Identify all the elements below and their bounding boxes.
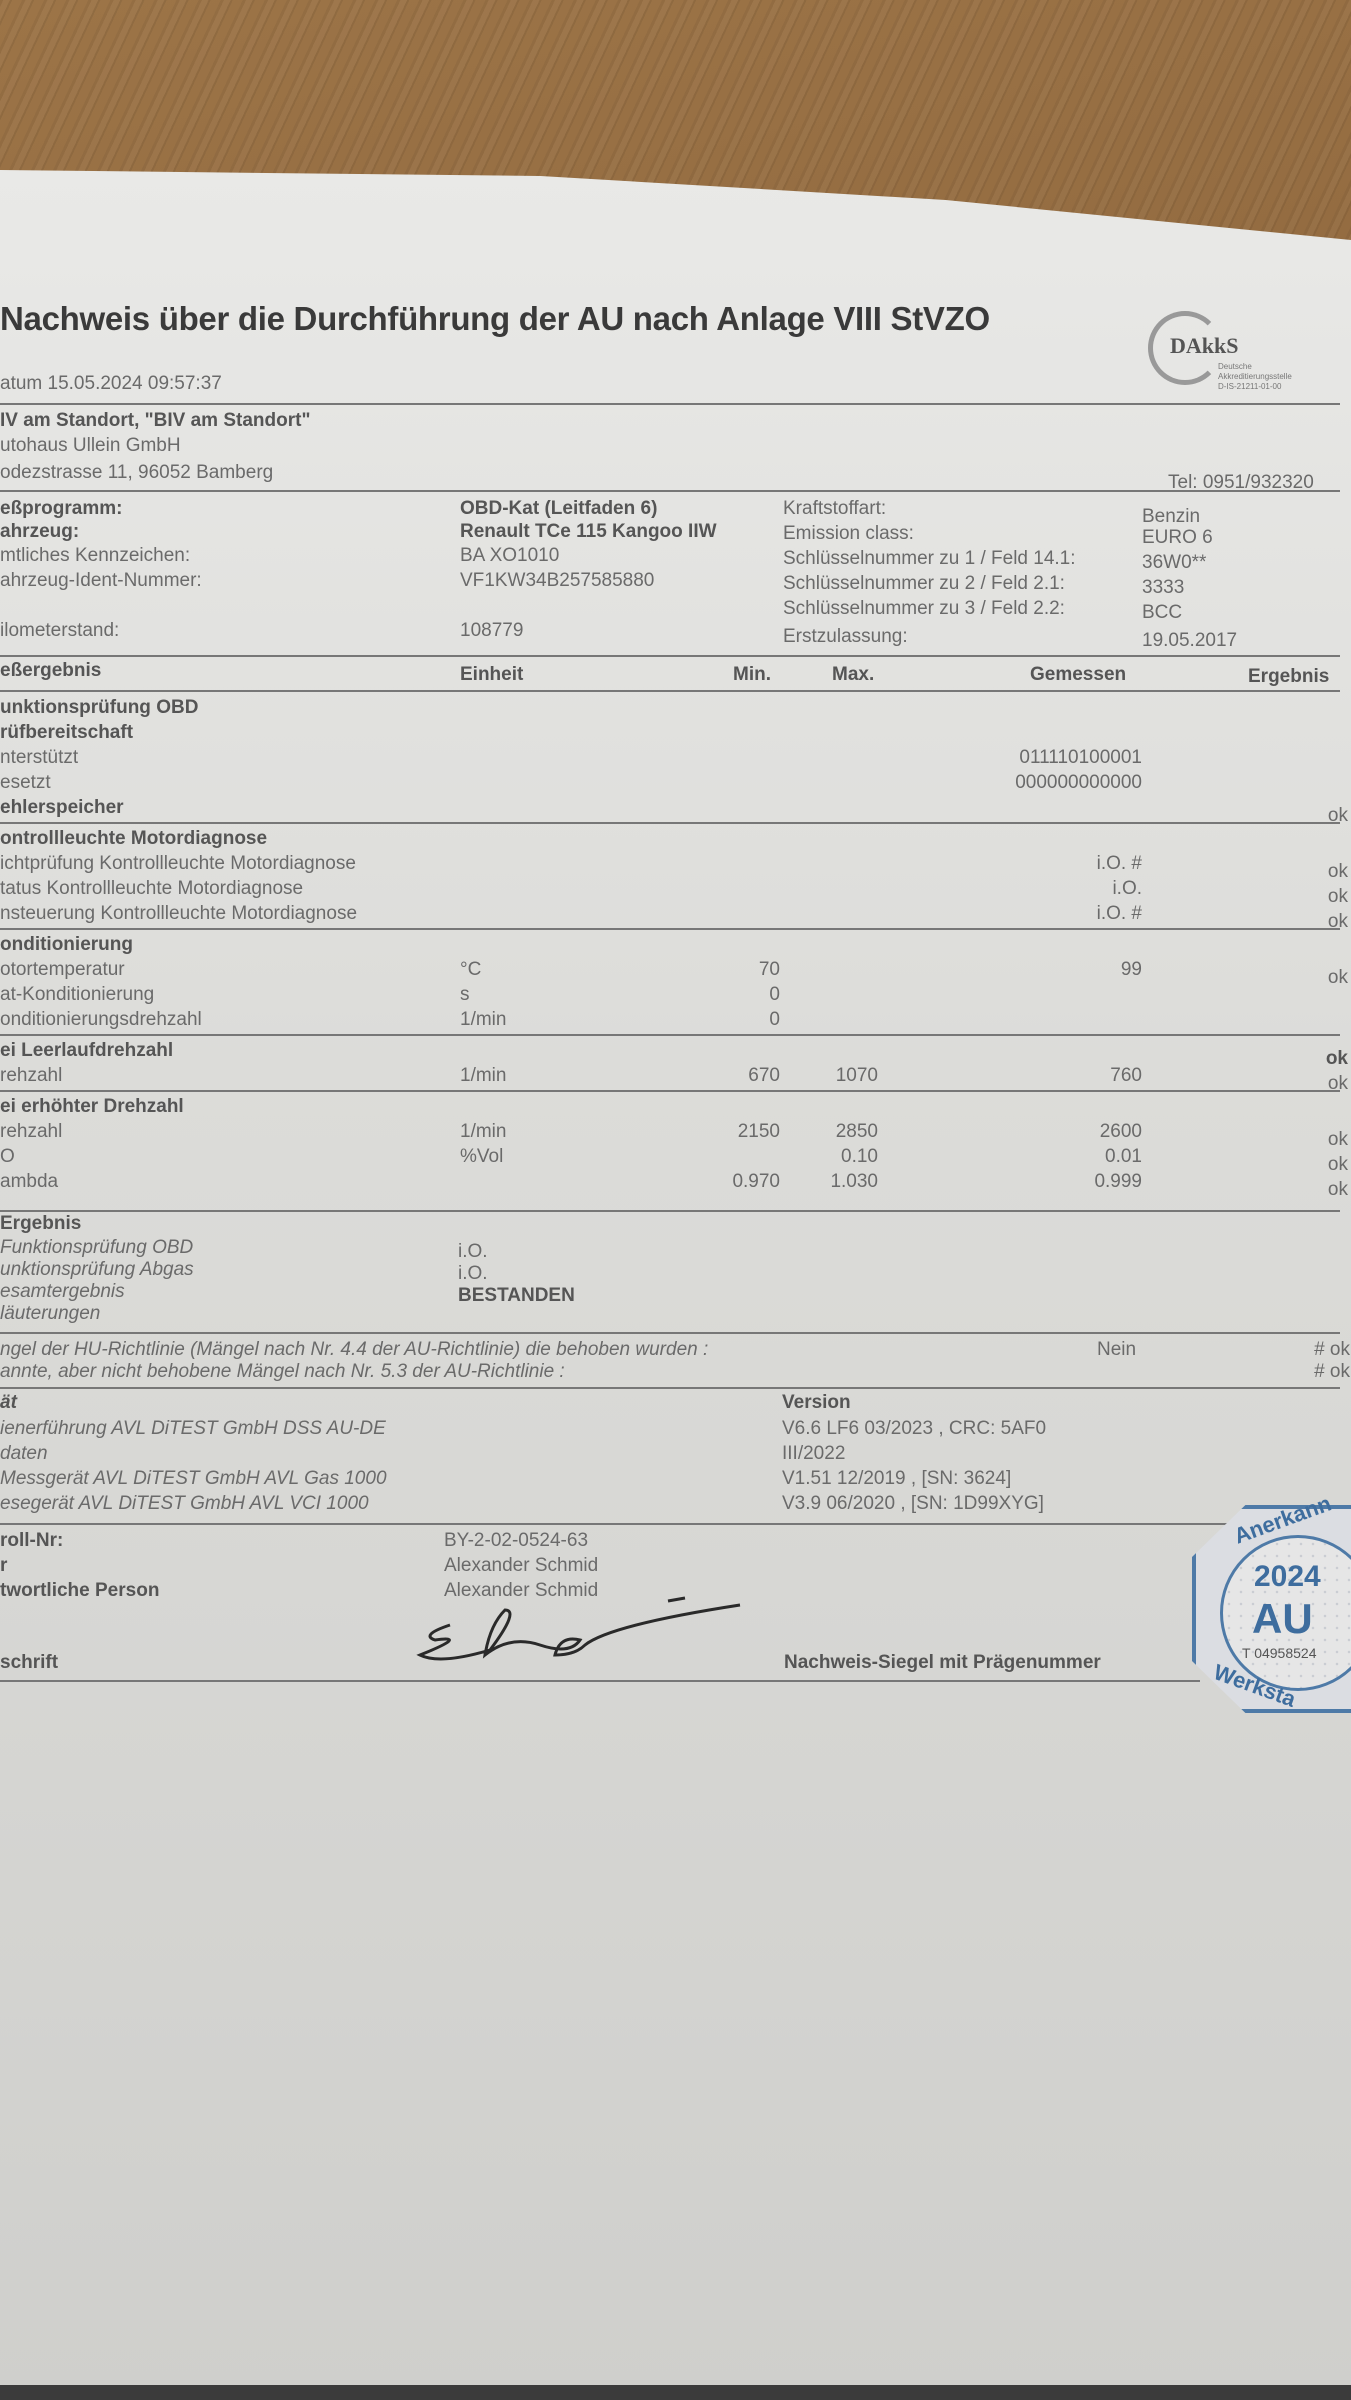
device-name: ienerführung AVL DiTEST GmbH DSS AU-DE	[0, 1418, 386, 1440]
device-name: esegerät AVL DiTEST GmbH AVL VCI 1000	[0, 1493, 369, 1515]
col-measured: Gemessen	[1030, 664, 1126, 686]
result-row-measured: 2600	[960, 1121, 1142, 1143]
result-row-max: 1070	[770, 1065, 878, 1087]
vehicle-field-label: Schlüsselnummer zu 3 / Feld 2.2:	[783, 598, 1065, 620]
signoff-value: BY-2-02-0524-63	[444, 1530, 588, 1552]
workshop-company: utohaus Ullein GmbH	[0, 435, 181, 457]
test-date: atum 15.05.2024 09:57:37	[0, 373, 222, 395]
result-row-name: ei Leerlaufdrehzahl	[0, 1040, 173, 1062]
result-row-name: esetzt	[0, 772, 51, 794]
result-row-min: 70	[680, 959, 780, 981]
result-row-name: rüfbereitschaft	[0, 722, 133, 744]
signature-label: schrift	[0, 1652, 58, 1674]
devices-heading: ät	[0, 1392, 17, 1414]
defect-value: Nein	[1097, 1339, 1136, 1361]
vehicle-field-label: ahrzeug:	[0, 521, 79, 543]
signoff-label: twortliche Person	[0, 1580, 159, 1602]
vehicle-field-value: 108779	[460, 620, 523, 642]
result-row-unit: 1/min	[460, 1121, 506, 1143]
device-version: V1.51 12/2019 , [SN: 3624]	[782, 1468, 1011, 1490]
signature-icon	[410, 1595, 750, 1675]
vehicle-field-value: VF1KW34B257585880	[460, 570, 654, 592]
divider	[0, 928, 1340, 930]
result-row-name: onditionierung	[0, 934, 133, 956]
result-row-unit: %Vol	[460, 1146, 503, 1168]
vehicle-field-label: Schlüsselnummer zu 2 / Feld 2.1:	[783, 573, 1065, 595]
au-seal-stamp: Anerkann 2024 AU T 04958524 Werksta	[1192, 1505, 1351, 1715]
result-row-name: O	[0, 1146, 15, 1168]
vehicle-field-value: Benzin	[1142, 506, 1200, 528]
document-paper	[0, 170, 1351, 2400]
result-row-unit: s	[460, 984, 470, 1006]
vehicle-field-label: eßprogramm:	[0, 498, 122, 520]
summary-label: esamtergebnis	[0, 1281, 125, 1303]
divider	[0, 490, 1340, 492]
summary-label: läuterungen	[0, 1303, 100, 1325]
divider	[0, 1332, 1340, 1334]
result-row-name: nterstützt	[0, 747, 78, 769]
result-row-name: unktionsprüfung OBD	[0, 697, 198, 719]
seal-year: 2024	[1254, 1560, 1321, 1594]
result-row-name: ontrollleuchte Motordiagnose	[0, 828, 267, 850]
dakks-logo-subtext: DeutscheAkkreditierungsstelleD-IS-21211-…	[1218, 362, 1292, 392]
divider	[0, 1090, 1340, 1092]
device-version: V3.9 06/2020 , [SN: 1D99XYG]	[782, 1493, 1044, 1515]
result-row-measured: 011110100001	[960, 747, 1142, 769]
document-title: Nachweis über die Durchführung der AU na…	[0, 300, 990, 338]
version-heading: Version	[782, 1392, 851, 1414]
divider	[0, 655, 1340, 657]
result-row-measured: i.O. #	[960, 903, 1142, 925]
vehicle-field-label: mtliches Kennzeichen:	[0, 545, 190, 567]
defect-result: # ok	[1260, 1361, 1350, 1383]
seal-label: Nachweis-Siegel mit Prägenummer	[784, 1652, 1101, 1674]
result-row-measured: i.O.	[960, 878, 1142, 900]
result-row-status: ok	[1270, 1048, 1348, 1070]
device-version: III/2022	[782, 1443, 845, 1465]
device-version: V6.6 LF6 03/2023 , CRC: 5AF0	[782, 1418, 1046, 1440]
dakks-logo: DAkkS DeutscheAkkreditierungsstelleD-IS-…	[1140, 305, 1340, 405]
result-row-measured: 000000000000	[960, 772, 1142, 794]
divider	[0, 822, 1340, 824]
result-row-unit: 1/min	[460, 1009, 506, 1031]
result-row-measured: 0.999	[960, 1171, 1142, 1193]
divider	[0, 403, 1340, 405]
result-row-unit: 1/min	[460, 1065, 506, 1087]
summary-label: unktionsprüfung Abgas	[0, 1259, 194, 1281]
dakks-logo-name: DAkkS	[1170, 333, 1238, 359]
device-name: Messgerät AVL DiTEST GmbH AVL Gas 1000	[0, 1468, 387, 1490]
result-row-name: tatus Kontrollleuchte Motordiagnose	[0, 878, 303, 900]
result-row-status: ok	[1270, 886, 1348, 908]
vehicle-field-label: Emission class:	[783, 523, 914, 545]
signoff-value: Alexander Schmid	[444, 1555, 598, 1577]
vehicle-field-value: EURO 6	[1142, 527, 1213, 549]
vehicle-field-label: ahrzeug-Ident-Nummer:	[0, 570, 202, 592]
result-row-status: ok	[1270, 1179, 1348, 1201]
summary-value: i.O.	[458, 1263, 488, 1285]
result-row-status: ok	[1270, 967, 1348, 989]
result-row-name: ehlerspeicher	[0, 797, 124, 819]
workshop-address: odezstrasse 11, 96052 Bamberg	[0, 462, 273, 484]
col-name: eßergebnis	[0, 660, 101, 682]
vehicle-field-label: ilometerstand:	[0, 620, 119, 642]
col-unit: Einheit	[460, 664, 523, 686]
bottom-edge	[0, 2385, 1351, 2400]
result-row-min: 670	[680, 1065, 780, 1087]
result-row-name: at-Konditionierung	[0, 984, 154, 1006]
divider	[0, 1034, 1340, 1036]
result-row-unit: °C	[460, 959, 481, 981]
result-row-max: 1.030	[770, 1171, 878, 1193]
divider	[0, 1523, 1340, 1525]
vehicle-field-label: Erstzulassung:	[783, 626, 908, 648]
vehicle-field-label: Kraftstoffart:	[783, 498, 886, 520]
result-row-name: rehzahl	[0, 1065, 62, 1087]
result-row-max: 2850	[770, 1121, 878, 1143]
result-row-min: 2150	[680, 1121, 780, 1143]
seal-number: T 04958524	[1242, 1645, 1316, 1661]
result-row-name: onditionierungsdrehzahl	[0, 1009, 202, 1031]
divider	[0, 1210, 1340, 1212]
result-row-min: 0	[680, 1009, 780, 1031]
divider	[0, 1680, 1200, 1682]
result-row-name: otortemperatur	[0, 959, 125, 981]
result-row-status: ok	[1270, 1129, 1348, 1151]
vehicle-field-value: 36W0**	[1142, 552, 1206, 574]
result-row-status: ok	[1270, 861, 1348, 883]
result-row-name: ichtprüfung Kontrollleuchte Motordiagnos…	[0, 853, 356, 875]
result-row-name: rehzahl	[0, 1121, 62, 1143]
col-min: Min.	[733, 664, 771, 686]
result-row-min: 0	[680, 984, 780, 1006]
defect-text: annte, aber nicht behobene Mängel nach N…	[0, 1361, 565, 1383]
result-row-max: 0.10	[770, 1146, 878, 1168]
result-row-measured: i.O. #	[960, 853, 1142, 875]
divider	[0, 1387, 1340, 1389]
summary-label: Funktionsprüfung OBD	[0, 1237, 193, 1259]
col-max: Max.	[832, 664, 874, 686]
vehicle-field-value: BCC	[1142, 602, 1182, 624]
summary-value: i.O.	[458, 1241, 488, 1263]
result-row-name: ambda	[0, 1171, 58, 1193]
result-row-measured: 0.01	[960, 1146, 1142, 1168]
col-result: Ergebnis	[1248, 666, 1329, 688]
seal-type: AU	[1252, 1595, 1313, 1643]
vehicle-field-value: BA XO1010	[460, 545, 559, 567]
summary-heading: Ergebnis	[0, 1213, 81, 1235]
vehicle-field-label: Schlüsselnummer zu 1 / Feld 14.1:	[783, 548, 1076, 570]
result-row-name: ei erhöhter Drehzahl	[0, 1096, 184, 1118]
result-row-measured: 99	[960, 959, 1142, 981]
signoff-label: roll-Nr:	[0, 1530, 63, 1552]
result-row-name: nsteuerung Kontrollleuchte Motordiagnose	[0, 903, 357, 925]
defect-result: # ok	[1260, 1339, 1350, 1361]
vehicle-field-value: OBD-Kat (Leitfaden 6)	[460, 498, 657, 520]
summary-value: BESTANDEN	[458, 1285, 575, 1307]
device-name: daten	[0, 1443, 48, 1465]
result-row-min: 0.970	[680, 1171, 780, 1193]
vehicle-field-value: 19.05.2017	[1142, 630, 1237, 652]
result-row-measured: 760	[960, 1065, 1142, 1087]
signoff-label: r	[0, 1555, 7, 1577]
result-row-status: ok	[1270, 1154, 1348, 1176]
vehicle-field-value: 3333	[1142, 577, 1184, 599]
workshop-name: IV am Standort, "BIV am Standort"	[0, 410, 310, 432]
vehicle-field-value: Renault TCe 115 Kangoo IIW	[460, 521, 717, 543]
divider	[0, 690, 1340, 692]
defect-text: ngel der HU-Richtlinie (Mängel nach Nr. …	[0, 1339, 708, 1361]
